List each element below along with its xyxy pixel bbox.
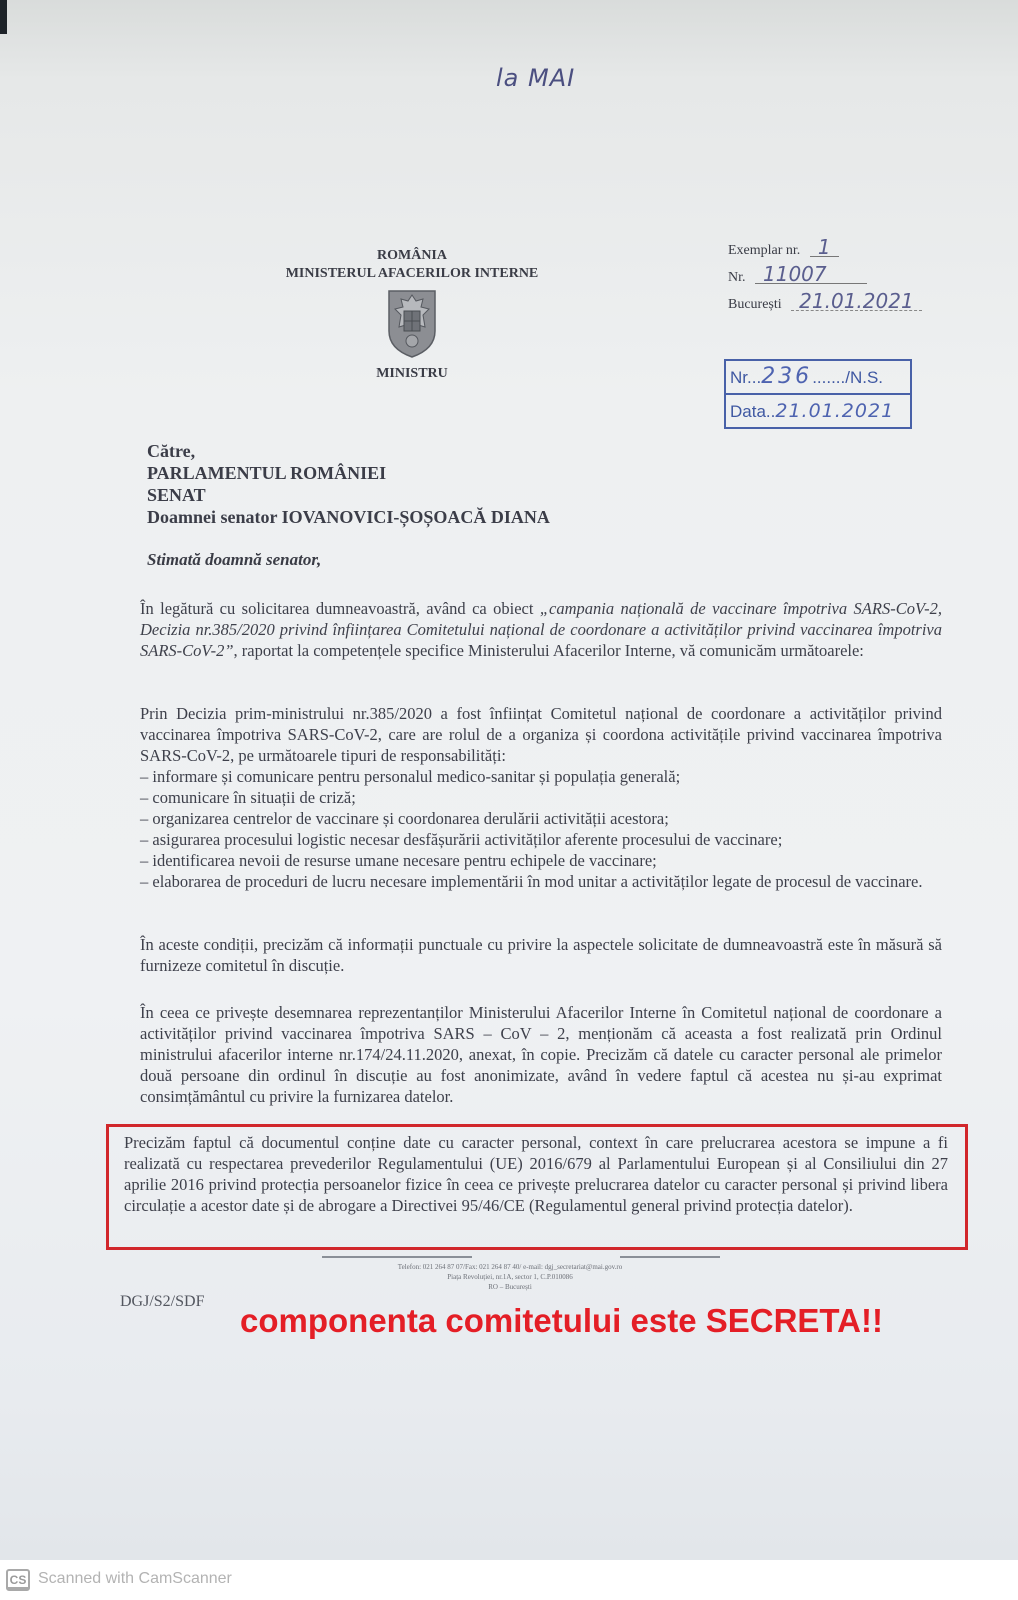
responsibility-item: – comunicare în situații de criză; [140, 787, 942, 808]
addressee-institution: PARLAMENTUL ROMÂNIEI [147, 462, 550, 484]
camscanner-logo-icon: CS [6, 1569, 30, 1591]
paragraph-gdpr-highlighted: Precizăm faptul că documentul conține da… [124, 1132, 948, 1216]
addressee-block: Către, PARLAMENTUL ROMÂNIEI SENAT Doamne… [147, 440, 550, 528]
paragraph-request: În legătură cu solicitarea dumneavoastră… [140, 598, 942, 661]
stamp-date-value: 21.01.2021 [775, 400, 894, 422]
responsibility-item: – asigurarea procesului logistic necesar… [140, 829, 942, 850]
copy-number-value: 1 [810, 238, 839, 257]
stamp-date-label: Data [730, 402, 766, 421]
footer-contact-line: Piața Revoluției, nr.1A, sector 1, C.P.0… [290, 1272, 730, 1282]
document-number-value: 11007 [755, 265, 867, 284]
footer-contact-line: Telefon: 021 264 87 07/Fax: 021 264 87 4… [290, 1262, 730, 1272]
reference-code: DGJ/S2/SDF [120, 1293, 204, 1311]
handwritten-note: la MAI [496, 64, 575, 92]
footer-contact-line: RO – București [290, 1282, 730, 1292]
responsibility-item: – elaborarea de proceduri de lucru neces… [140, 871, 942, 892]
footer-divider [322, 1256, 472, 1258]
footer-divider [620, 1256, 720, 1258]
document-number-label: Nr. [728, 270, 746, 286]
stamp-date-row: Data..21.01.2021 [726, 393, 910, 427]
letterhead-role: MINISTRU [262, 365, 562, 383]
salutation: Stimată doamnă senator, [147, 550, 321, 570]
p2-intro: Prin Decizia prim-ministrului nr.385/202… [140, 703, 942, 766]
stamp-number-label: Nr. [730, 368, 752, 387]
copy-number-label: Exemplar nr. [728, 243, 800, 259]
paragraph-conditions: În aceste condiții, precizăm că informaț… [140, 934, 942, 976]
stamp-number-row: Nr...236......./N.S. [726, 361, 910, 393]
responsibility-item: – identificarea nevoii de resurse umane … [140, 850, 942, 871]
p1-end: , raportat la competențele specifice Min… [234, 641, 864, 660]
document-meta: Exemplar nr. 1 Nr. 11007 București 21.01… [728, 238, 922, 319]
addressee-recipient: Doamnei senator IOVANOVICI-ȘOȘOACĂ DIANA [147, 506, 550, 528]
addressee-chamber: SENAT [147, 484, 550, 506]
scan-edge [0, 0, 7, 34]
date-value: 21.01.2021 [791, 292, 922, 311]
camscanner-watermark: CS Scanned with CamScanner [0, 1560, 1018, 1600]
letterhead: ROMÂNIA MINISTERUL AFACERILOR INTERNE MI… [262, 247, 562, 383]
addressee-to: Către, [147, 440, 550, 462]
date-row: București 21.01.2021 [728, 292, 922, 319]
stamp-number-value: 236 [761, 364, 812, 389]
camscanner-text: Scanned with CamScanner [38, 1570, 232, 1588]
paragraph-decision: Prin Decizia prim-ministrului nr.385/202… [140, 703, 942, 892]
letterhead-country: ROMÂNIA [262, 247, 562, 265]
p1-start: În legătură cu solicitarea dumneavoastră… [140, 599, 540, 618]
romanian-coat-of-arms-icon [385, 287, 439, 359]
letterhead-ministry: MINISTERUL AFACERILOR INTERNE [262, 265, 562, 283]
responsibility-item: – organizarea centrelor de vaccinare și … [140, 808, 942, 829]
responsibility-item: – informare și comunicare pentru persona… [140, 766, 942, 787]
stamp-number-suffix: /N.S. [845, 368, 883, 387]
paragraph-representatives: În ceea ce privește desemnarea reprezent… [140, 1002, 942, 1107]
copy-number-row: Exemplar nr. 1 [728, 238, 922, 265]
footer-contact: Telefon: 021 264 87 07/Fax: 021 264 87 4… [290, 1262, 730, 1292]
annotation-text: componenta comitetului este SECRETA!! [240, 1302, 883, 1340]
scanned-page: la MAI ROMÂNIA MINISTERUL AFACERILOR INT… [0, 0, 1018, 1560]
document-number-row: Nr. 11007 [728, 265, 922, 292]
registration-stamp: Nr...236......./N.S. Data..21.01.2021 [724, 359, 912, 429]
city-label: București [728, 297, 782, 313]
